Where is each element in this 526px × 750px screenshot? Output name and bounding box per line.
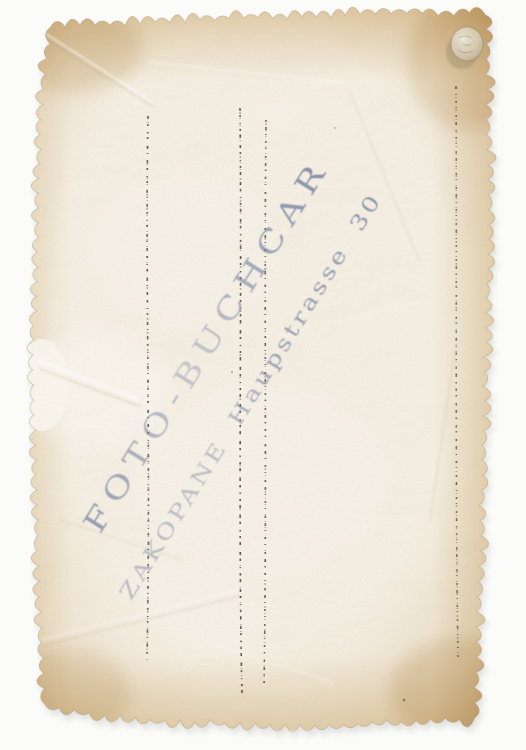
- scan-background: FOTO-BUCHCAR ZAKOPANE Haupstrasse 30: [0, 0, 526, 750]
- card-surface: FOTO-BUCHCAR ZAKOPANE Haupstrasse 30: [0, 0, 526, 750]
- photo-card-back: FOTO-BUCHCAR ZAKOPANE Haupstrasse 30: [0, 0, 526, 750]
- paper-grain: [20, 0, 510, 750]
